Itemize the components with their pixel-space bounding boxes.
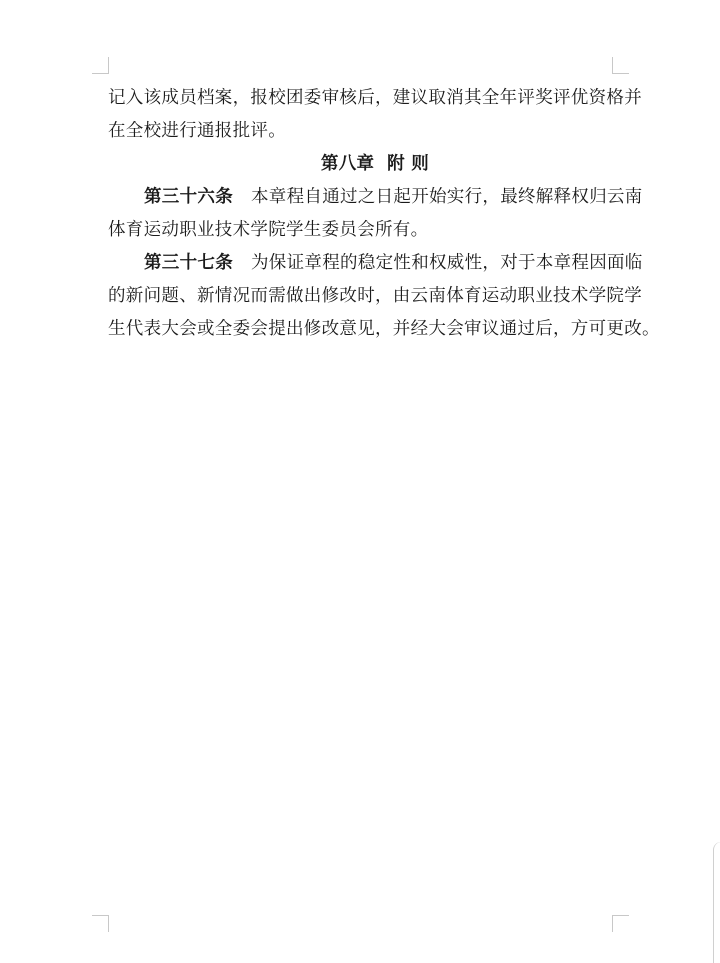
chapter-heading: 第八章 附 则 xyxy=(108,148,618,181)
scrollbar-edge[interactable] xyxy=(713,842,720,963)
paragraph-line: 记入该成员档案，报校团委审核后，建议取消其全年评奖评优资格并 xyxy=(108,82,618,115)
page-margin-corner-bottom-right xyxy=(612,915,629,932)
article-36-text: 本章程自通过之日起开始实行，最终解释权归云南 xyxy=(251,187,643,207)
article-37-text: 为保证章程的稳定性和权威性，对于本章程因面临 xyxy=(251,253,643,273)
article-36-line-1: 第三十六条本章程自通过之日起开始实行，最终解释权归云南 xyxy=(108,181,618,214)
document-body: 记入该成员档案，报校团委审核后，建议取消其全年评奖评优资格并 在全校进行通报批评… xyxy=(108,82,618,346)
article-36-line-2: 体育运动职业技术学院学生委员会所有。 xyxy=(108,214,618,247)
article-36-label: 第三十六条 xyxy=(144,187,233,207)
article-37-line-3: 生代表大会或全委会提出修改意见，并经大会审议通过后，方可更改。 xyxy=(108,313,618,346)
paragraph-line: 在全校进行通报批评。 xyxy=(108,115,618,148)
page-margin-corner-top-right xyxy=(612,57,629,74)
article-37-label: 第三十七条 xyxy=(144,253,233,273)
article-37-line-1: 第三十七条为保证章程的稳定性和权威性，对于本章程因面临 xyxy=(108,247,618,280)
article-37-line-2: 的新问题、新情况而需做出修改时，由云南体育运动职业技术学院学 xyxy=(108,280,618,313)
page-margin-corner-bottom-left xyxy=(92,915,109,932)
page-margin-corner-top-left xyxy=(92,57,109,74)
